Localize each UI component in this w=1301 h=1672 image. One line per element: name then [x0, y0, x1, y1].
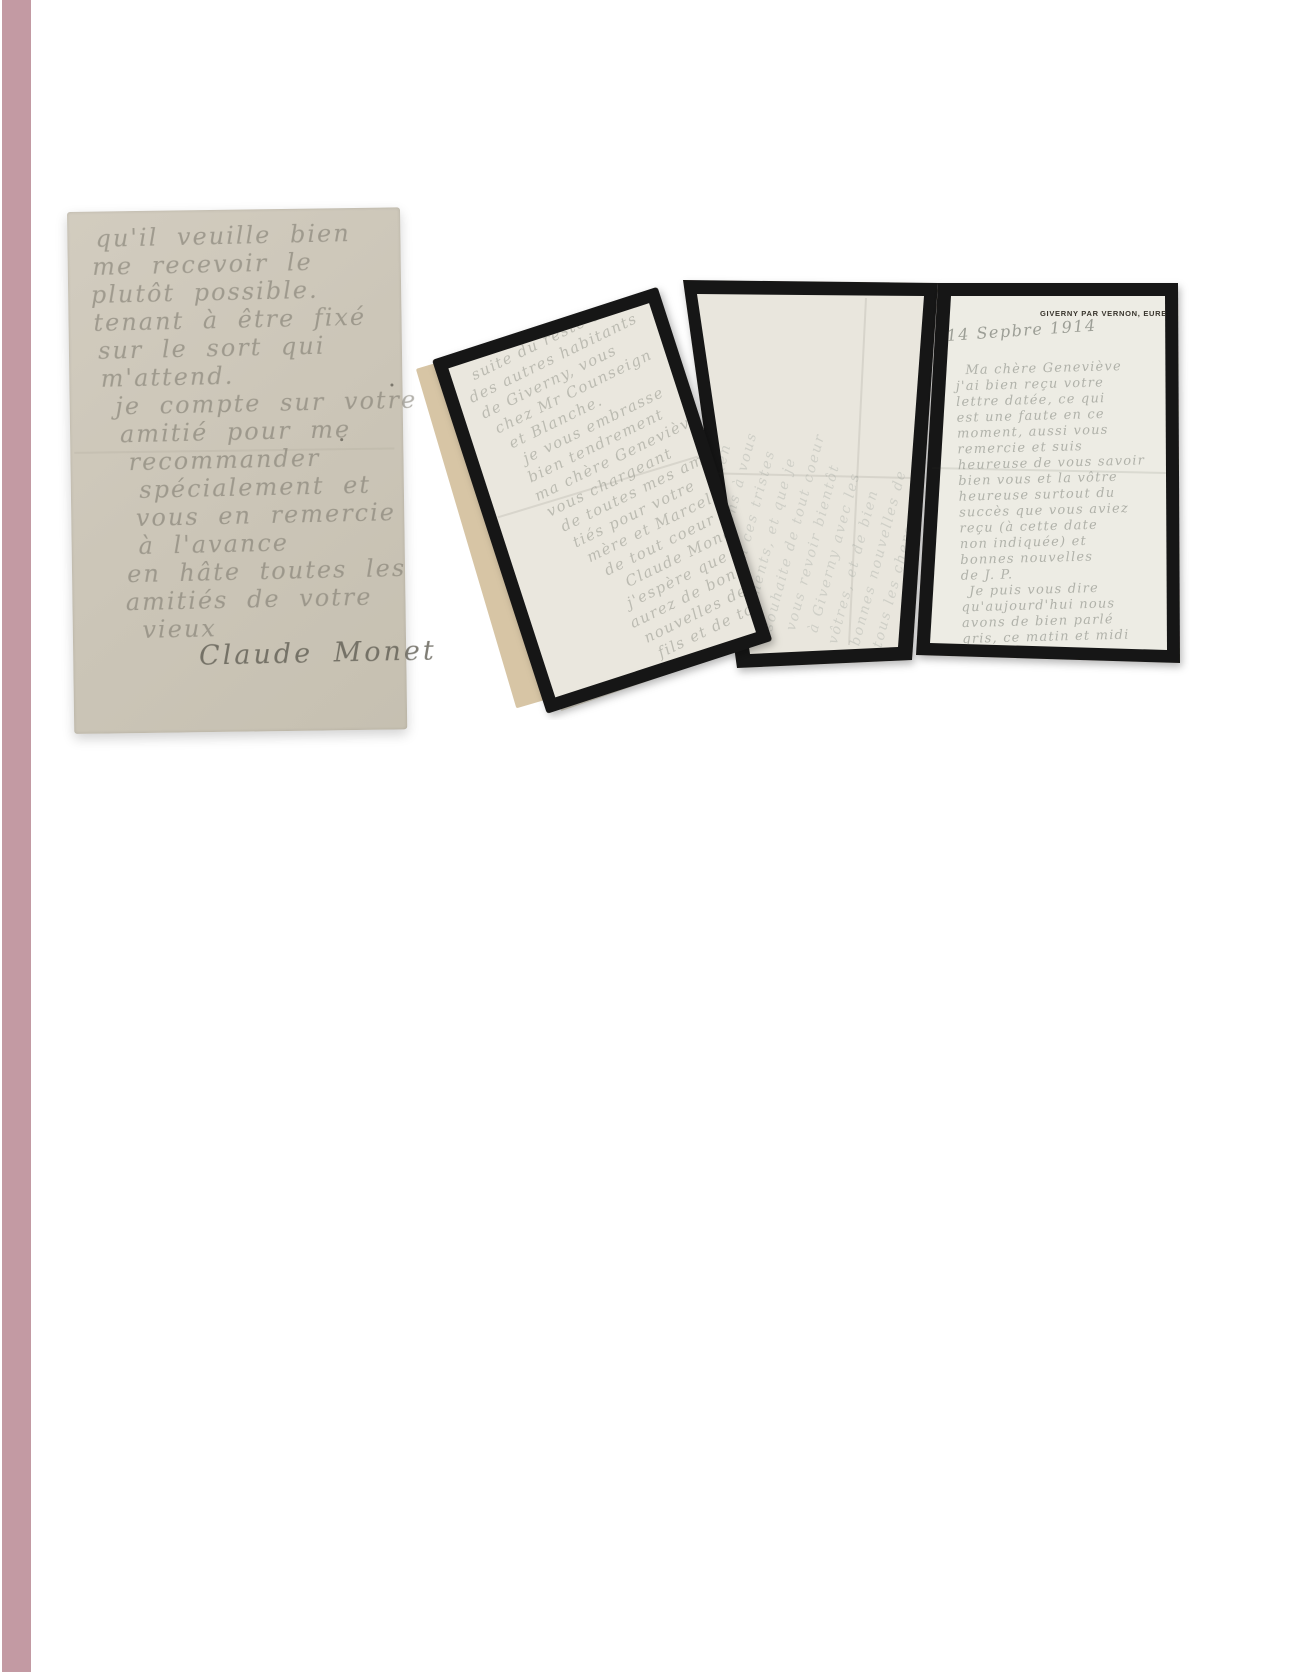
letterhead: GIVERNY PAR VERNON, EURE: [1040, 309, 1167, 318]
signature: Claude Monet: [199, 638, 402, 671]
pencil-letter: qu'il veuille bien me recevoir le plutôt…: [67, 207, 407, 734]
handwriting-line: de J. P.: [961, 567, 1014, 583]
accent-stripe: [2, 0, 31, 1672]
pencil-letter-text: qu'il veuille bien me recevoir le plutôt…: [89, 218, 401, 673]
mourning-letters-group: et je ne puis que vous dire combien nous…: [400, 230, 1190, 720]
letterhead-page: GIVERNY PAR VERNON, EURE 14 Sepbre 1914 …: [916, 283, 1180, 663]
handwriting-line: vous en remercie: [136, 498, 399, 532]
catalog-photo: qu'il veuille bien me recevoir le plutôt…: [0, 0, 1301, 1672]
